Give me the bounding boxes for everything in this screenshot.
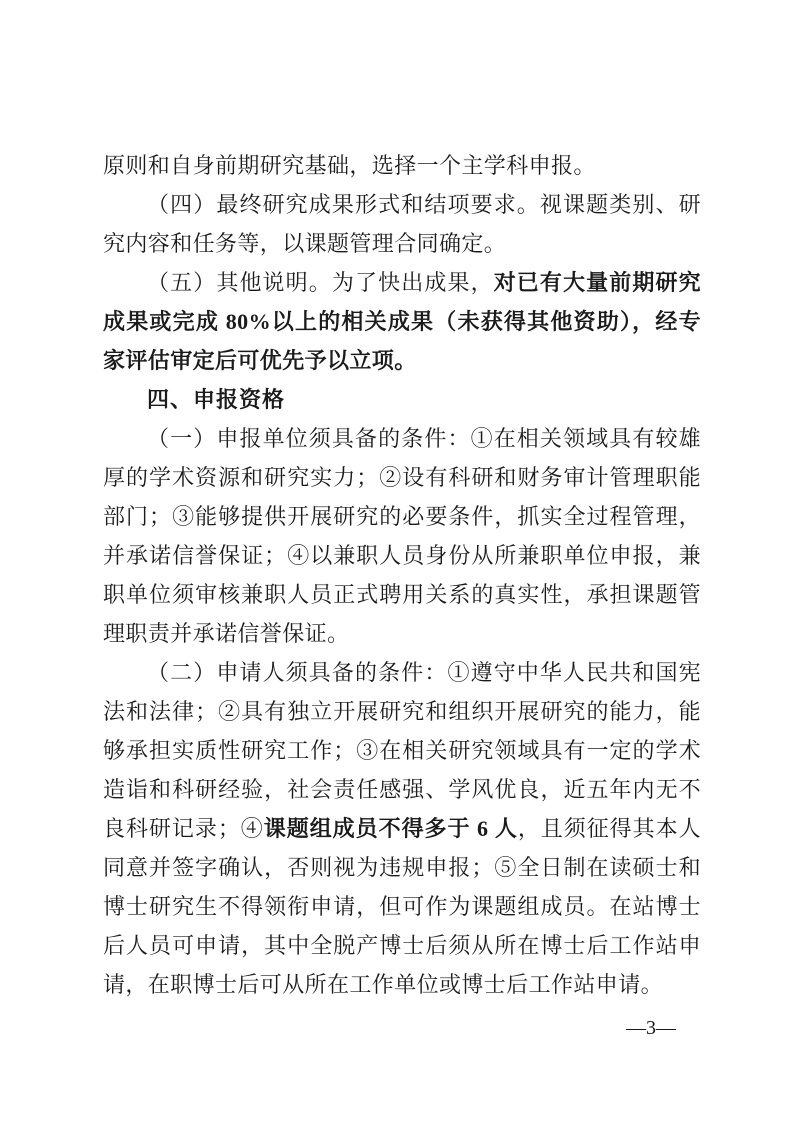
text-run: （四）最终研究成果形式和结项要求。视课题类别、研究内容和任务等，以课题管理合同确… (103, 192, 701, 256)
text-run: 原则和自身前期研究基础，选择一个主学科申报。 (103, 153, 596, 178)
text-run: （一）申报单位须具备的条件：①在相关领域具有较雄厚的学术资源和研究实力；②设有科… (103, 426, 701, 646)
paragraph: （四）最终研究成果形式和结项要求。视课题类别、研究内容和任务等，以课题管理合同确… (103, 185, 701, 263)
paragraph: （二）申请人须具备的条件：①遵守中华人民共和国宪法和法律；②具有独立开展研究和组… (103, 653, 701, 1004)
bold-text-run: 课题组成员不得多于 6 人 (264, 816, 518, 841)
document-page: 原则和自身前期研究基础，选择一个主学科申报。（四）最终研究成果形式和结项要求。视… (0, 0, 793, 1122)
paragraph: （一）申报单位须具备的条件：①在相关领域具有较雄厚的学术资源和研究实力；②设有科… (103, 419, 701, 653)
paragraph: （五）其他说明。为了快出成果，对已有大量前期研究成果或完成 80%以上的相关成果… (103, 263, 701, 380)
text-run: （二）申请人须具备的条件：①遵守中华人民共和国宪法和法律；②具有独立开展研究和组… (103, 660, 701, 841)
text-run: （五）其他说明。为了快出成果， (147, 270, 494, 295)
page-number: —3— (626, 1014, 676, 1042)
bold-text-run: 四、申报资格 (147, 387, 285, 412)
paragraph: 原则和自身前期研究基础，选择一个主学科申报。 (103, 146, 701, 185)
document-body: 原则和自身前期研究基础，选择一个主学科申报。（四）最终研究成果形式和结项要求。视… (103, 146, 701, 1004)
section-heading: 四、申报资格 (103, 380, 701, 419)
text-run: ，且须征得其本人同意并签字确认，否则视为违规申报；⑤全日制在读硕士和博士研究生不… (103, 816, 701, 997)
